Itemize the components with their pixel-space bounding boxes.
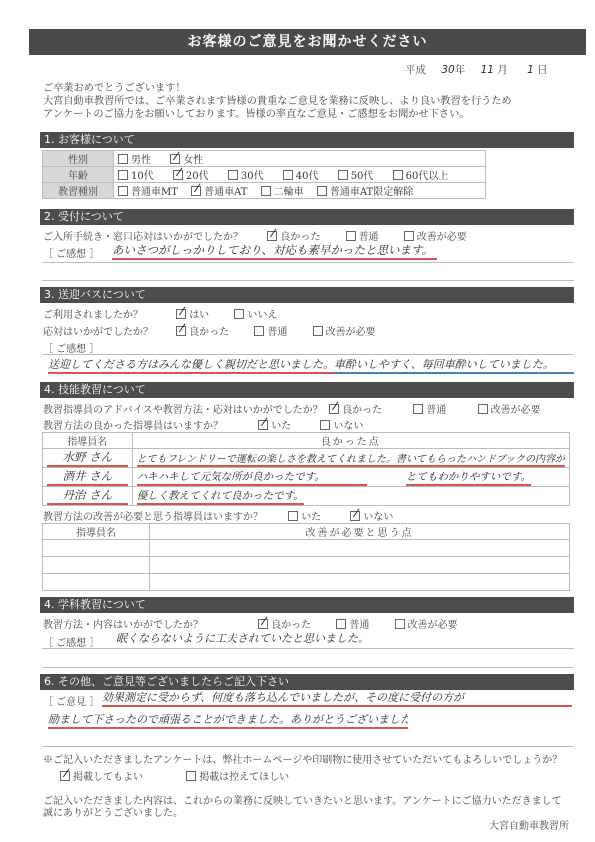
comment-rule bbox=[42, 262, 574, 263]
checkbox-checked-icon[interactable] bbox=[258, 420, 268, 430]
question-text: 教習方法の改善が必要と思う指導員はいますか？ bbox=[43, 508, 285, 523]
question-text: ご利用されましたか？ bbox=[43, 306, 173, 321]
date-month[interactable]: 11 bbox=[481, 64, 494, 76]
checkbox-icon[interactable] bbox=[338, 170, 348, 180]
course-motorcycle-option[interactable]: 二輪車 bbox=[261, 183, 304, 198]
column-header-instructor: 指導員名 bbox=[43, 524, 150, 540]
comment-rule bbox=[42, 280, 574, 281]
option-label: 改善が必要 bbox=[408, 620, 458, 631]
table-row: 水野 さん とてもフレンドリーで運転の楽しさを教えてくれました。書いてもらったハ… bbox=[43, 449, 570, 468]
table-row bbox=[43, 540, 570, 557]
improve-instructor-question: 教習方法の改善が必要と思う指導員はいますか？ いた いない bbox=[43, 508, 409, 523]
date-year[interactable]: 30 bbox=[441, 64, 454, 76]
table-row bbox=[43, 574, 570, 591]
reception-comment-label: ［ ご感想 ］ bbox=[43, 245, 99, 260]
gender-row: 性別 男性 女性 bbox=[43, 151, 486, 167]
option-label: 普通 bbox=[267, 327, 287, 338]
option-label: 男性 bbox=[131, 155, 151, 166]
option-label: 普通車MT bbox=[131, 187, 178, 198]
instructor-name-cell[interactable] bbox=[43, 540, 150, 557]
improve-point-cell[interactable] bbox=[150, 557, 570, 574]
question-text: 教習方法の良かった指導員はいますか？ bbox=[43, 417, 255, 432]
checkbox-icon[interactable] bbox=[228, 170, 238, 180]
date-era: 平成 bbox=[405, 62, 426, 77]
age-10s-option[interactable]: 10代 bbox=[118, 167, 154, 182]
consent-decline-option[interactable]: 掲載は控えてほしい bbox=[186, 768, 289, 783]
instructor-name-cell[interactable] bbox=[43, 574, 150, 591]
course-at-limit-removal-option[interactable]: 普通車AT限定解除 bbox=[317, 183, 413, 198]
improve-instructor-no-option[interactable]: いない bbox=[350, 508, 393, 523]
checkbox-icon[interactable] bbox=[317, 186, 327, 196]
checkbox-checked-icon[interactable] bbox=[350, 511, 360, 521]
checkbox-checked-icon[interactable] bbox=[267, 231, 277, 241]
good-point-text: とてもフレンドリーで運転の楽しさを教えてくれました。書いてもらったハンドブックの… bbox=[137, 450, 565, 467]
checkbox-icon[interactable] bbox=[288, 511, 298, 521]
option-label: はい bbox=[189, 310, 209, 321]
shuttle-comment-negative: 車酔いしやすく、毎回車酔いしていました。 bbox=[334, 356, 574, 374]
reception-good-option[interactable]: 良かった bbox=[267, 228, 320, 243]
option-label: 30代 bbox=[241, 171, 264, 182]
table-row bbox=[43, 557, 570, 574]
good-instructor-table: 指導員名 良かった点 水野 さん とてもフレンドリーで運転の楽しさを教えてくれま… bbox=[42, 432, 570, 506]
checkbox-icon[interactable] bbox=[313, 326, 323, 336]
shuttle-comment[interactable]: 送迎してくださる方はみんな優しく親切だと思いました。が、車酔いしやすく、毎回車酔… bbox=[48, 356, 578, 377]
shuttle-comment-label: ［ ご感想 ］ bbox=[43, 340, 99, 355]
closing-line: ご記入いただきました内容は、これからの業務に反映していきたいと思います。アンケー… bbox=[43, 796, 562, 808]
instructor-name-cell[interactable]: 酒井 さん bbox=[43, 468, 133, 487]
checkbox-icon[interactable] bbox=[413, 404, 423, 414]
age-20s-option[interactable]: 20代 bbox=[173, 167, 209, 182]
comment-rule bbox=[42, 354, 574, 355]
form-title: お客様のご意見をお聞かせください bbox=[29, 29, 586, 55]
checkbox-checked-icon[interactable] bbox=[258, 619, 268, 629]
course-type-row: 教習種別 普通車MT 普通車AT 二輪車 普通車AT限定解除 bbox=[43, 183, 486, 199]
section-other-opinions-header: 6. その他、ご意見等ございましたらご記入下さい bbox=[40, 674, 574, 690]
option-label: いた bbox=[271, 421, 291, 432]
table-header-row: 指導員名 良かった点 bbox=[43, 433, 570, 449]
reception-normal-option[interactable]: 普通 bbox=[346, 228, 379, 243]
option-label: 50代 bbox=[351, 171, 374, 182]
checkbox-icon[interactable] bbox=[283, 170, 293, 180]
table-header-row: 指導員名 改善が必要と思う点 bbox=[43, 524, 570, 540]
checkbox-icon[interactable] bbox=[336, 619, 346, 629]
checkbox-icon[interactable] bbox=[393, 170, 403, 180]
instructor-advice-question: 教習指導員のアドバイスや教習方法・応対はいかがでしたか？ 良かった 普通 改善が… bbox=[43, 401, 557, 416]
checkbox-icon[interactable] bbox=[254, 326, 264, 336]
option-label: 普通車AT bbox=[204, 187, 247, 198]
school-signature: 大宮自動車教習所 bbox=[489, 821, 569, 833]
good-instructor-yes-option[interactable]: いた bbox=[258, 417, 291, 432]
section-driving-lessons-header: 4. 技能教習について bbox=[40, 382, 574, 398]
instructor-name-cell[interactable]: 丹治 さん bbox=[43, 487, 133, 506]
date-line: 平成 30年 11 月 1 日 bbox=[405, 62, 548, 77]
date-day[interactable]: 1 bbox=[527, 64, 534, 76]
option-label: いない bbox=[333, 421, 363, 432]
shuttle-used-yes-option[interactable]: はい bbox=[176, 306, 209, 321]
intro-text: ご卒業おめでとうございます！ 大宮自動車教習所では、ご卒業されます皆様の貴重なご… bbox=[43, 82, 512, 121]
good-instructor-no-option[interactable]: いない bbox=[320, 417, 363, 432]
shuttle-used-question: ご利用されましたか？ はい いいえ bbox=[43, 306, 293, 321]
improve-point-cell[interactable] bbox=[150, 574, 570, 591]
option-label: 10代 bbox=[131, 171, 154, 182]
opinion-comment-line-2[interactable]: 励まして下さったので頑張ることができました。ありがとうございました。 bbox=[48, 711, 408, 729]
option-label: 二輪車 bbox=[274, 187, 304, 198]
good-point-cell[interactable]: ハキハキして元気な所が良かったです。 とてもわかりやすいです。 bbox=[132, 468, 569, 487]
option-label: 普通 bbox=[426, 405, 446, 416]
good-point-text: 優しく教えてくれて良かったです。 bbox=[137, 488, 304, 505]
checkbox-checked-icon[interactable] bbox=[329, 404, 339, 414]
shuttle-service-question: 応対はいかがでしたか？ 良かった 普通 改善が必要 bbox=[43, 323, 392, 338]
classroom-comment-label: ［ ご感想 ］ bbox=[43, 634, 99, 649]
intro-line: 大宮自動車教習所では、ご卒業されます皆様の貴重なご意見を業務に反映し、より良い教… bbox=[43, 95, 512, 108]
consent-allow-option[interactable]: 掲載してもよい bbox=[60, 768, 143, 783]
shuttle-improve-option[interactable]: 改善が必要 bbox=[313, 323, 376, 338]
consent-question: ※ご記入いただきましたアンケートは、弊社ホームページや印刷物に使用させていただい… bbox=[43, 755, 562, 767]
checkbox-checked-icon[interactable] bbox=[173, 170, 183, 180]
improve-point-cell[interactable] bbox=[150, 540, 570, 557]
good-point-continuation: とてもわかりやすいです。 bbox=[406, 469, 531, 486]
section-reception-header: 2. 受付について bbox=[40, 209, 574, 225]
shuttle-normal-option[interactable]: 普通 bbox=[254, 323, 287, 338]
column-header-good-points: 良かった点 bbox=[132, 433, 569, 449]
checkbox-icon[interactable] bbox=[395, 619, 405, 629]
shuttle-comment-positive: 送迎してくださる方はみんな優しく親切だと思いました。が、 bbox=[48, 356, 334, 374]
checkbox-icon[interactable] bbox=[118, 186, 128, 196]
section-shuttle-bus-header: 3. 送迎バスについて bbox=[40, 287, 574, 303]
checkbox-icon[interactable] bbox=[118, 154, 128, 164]
instructor-name: 水野 さん bbox=[47, 449, 128, 467]
question-text: 教習指導員のアドバイスや教習方法・応対はいかがでしたか？ bbox=[43, 401, 326, 416]
checkbox-icon[interactable] bbox=[261, 186, 271, 196]
table-row: 酒井 さん ハキハキして元気な所が良かったです。 とてもわかりやすいです。 bbox=[43, 468, 570, 487]
option-label: 良かった bbox=[342, 405, 382, 416]
age-40s-option[interactable]: 40代 bbox=[283, 167, 319, 182]
option-label: 20代 bbox=[186, 171, 209, 182]
course-mt-option[interactable]: 普通車MT bbox=[118, 183, 178, 198]
age-row: 年齢 10代 20代 30代 40代 50代 60代以上 bbox=[43, 167, 486, 183]
checkbox-checked-icon[interactable] bbox=[170, 154, 180, 164]
table-row: 丹治 さん 優しく教えてくれて良かったです。 bbox=[43, 487, 570, 506]
option-label: いない bbox=[363, 512, 393, 523]
instructor-name: 酒井 さん bbox=[47, 468, 128, 486]
date-month-unit: 月 bbox=[497, 62, 508, 77]
good-instructor-question: 教習方法の良かった指導員はいますか？ いた いない bbox=[43, 417, 379, 432]
intro-line: アンケートのご協力をお願いしております。皆様の率直なご意見・ご感想をお聞かせ下さ… bbox=[43, 108, 512, 121]
column-header-improve-points: 改善が必要と思う点 bbox=[150, 524, 570, 540]
checkbox-checked-icon[interactable] bbox=[176, 309, 186, 319]
age-label: 年齢 bbox=[43, 167, 114, 183]
instructor-improve-option[interactable]: 改善が必要 bbox=[478, 401, 541, 416]
checkbox-checked-icon[interactable] bbox=[191, 186, 201, 196]
classroom-comment[interactable]: 眠くならないように工夫されていたと思いました。 bbox=[116, 630, 369, 646]
date-year-unit: 年 bbox=[455, 62, 466, 77]
option-label: 40代 bbox=[296, 171, 319, 182]
gender-male-option[interactable]: 男性 bbox=[118, 151, 151, 166]
customer-info-table: 性別 男性 女性 年齢 10代 20代 30代 40代 50代 60代以上 教習… bbox=[42, 150, 486, 199]
comment-rule bbox=[42, 746, 574, 747]
instructor-good-option[interactable]: 良かった bbox=[329, 401, 382, 416]
checkbox-checked-icon[interactable] bbox=[176, 326, 186, 336]
checkbox-icon[interactable] bbox=[234, 309, 244, 319]
option-label: 改善が必要 bbox=[491, 405, 541, 416]
consent-options: 掲載してもよい 掲載は控えてほしい bbox=[60, 768, 305, 783]
shuttle-used-no-option[interactable]: いいえ bbox=[234, 306, 277, 321]
course-type-label: 教習種別 bbox=[43, 183, 114, 199]
checkbox-icon[interactable] bbox=[346, 231, 356, 241]
classroom-normal-option[interactable]: 普通 bbox=[336, 616, 369, 631]
column-header-instructor: 指導員名 bbox=[43, 433, 133, 449]
reception-question: ご入所手続き・窓口応対はいかがでしたか？ 良かった 普通 改善が必要 bbox=[43, 228, 483, 243]
checkbox-checked-icon[interactable] bbox=[60, 771, 70, 781]
good-point-text: ハキハキして元気な所が良かったです。 bbox=[137, 469, 367, 486]
option-label: いいえ bbox=[247, 310, 277, 321]
option-label: 掲載してもよい bbox=[73, 772, 143, 783]
instructor-name: 丹治 さん bbox=[47, 487, 128, 505]
section-classroom-header: 4. 学科教習について bbox=[40, 597, 574, 613]
checkbox-icon[interactable] bbox=[404, 231, 414, 241]
shuttle-good-option[interactable]: 良かった bbox=[176, 323, 229, 338]
option-label: いた bbox=[301, 512, 321, 523]
checkbox-icon[interactable] bbox=[186, 771, 196, 781]
classroom-question: 教習方法・内容はいかがでしたか？ 良かった 普通 改善が必要 bbox=[43, 616, 474, 631]
option-label: 掲載は控えてほしい bbox=[199, 772, 289, 783]
option-label: 良かった bbox=[189, 327, 229, 338]
closing-line: 誠にありがとうございました。 bbox=[43, 808, 562, 820]
reception-comment[interactable]: あいさつがしっかりしており、対応も素早かったと思います。 bbox=[112, 242, 437, 260]
good-point-cell[interactable]: とてもフレンドリーで運転の楽しさを教えてくれました。書いてもらったハンドブックの… bbox=[132, 449, 569, 468]
opinion-comment-line-1[interactable]: 効果測定に受からず、何度も落ち込んでいましたが、その度に受付の方が bbox=[102, 689, 572, 707]
option-label: 改善が必要 bbox=[326, 327, 376, 338]
option-label: 普通車AT限定解除 bbox=[330, 187, 413, 198]
opinion-comment-label: ［ ご意見 ］ bbox=[43, 693, 99, 708]
option-label: 60代以上 bbox=[406, 171, 449, 182]
improve-instructor-table: 指導員名 改善が必要と思う点 bbox=[42, 523, 570, 591]
gender-label: 性別 bbox=[43, 151, 114, 167]
comment-rule bbox=[42, 648, 574, 649]
closing-text: ご記入いただきました内容は、これからの業務に反映していきたいと思います。アンケー… bbox=[43, 796, 562, 820]
age-60s-plus-option[interactable]: 60代以上 bbox=[393, 167, 449, 182]
date-day-unit: 日 bbox=[537, 62, 548, 77]
instructor-name-cell[interactable] bbox=[43, 557, 150, 574]
gender-female-option[interactable]: 女性 bbox=[170, 151, 203, 166]
classroom-good-option[interactable]: 良かった bbox=[258, 616, 311, 631]
checkbox-icon[interactable] bbox=[320, 420, 330, 430]
intro-line: ご卒業おめでとうございます！ bbox=[43, 82, 512, 95]
checkbox-icon[interactable] bbox=[118, 170, 128, 180]
comment-rule bbox=[42, 667, 574, 668]
age-30s-option[interactable]: 30代 bbox=[228, 167, 264, 182]
improve-instructor-yes-option[interactable]: いた bbox=[288, 508, 321, 523]
instructor-normal-option[interactable]: 普通 bbox=[413, 401, 446, 416]
classroom-improve-option[interactable]: 改善が必要 bbox=[395, 616, 458, 631]
age-50s-option[interactable]: 50代 bbox=[338, 167, 374, 182]
option-label: 女性 bbox=[183, 155, 203, 166]
section-customer-header: 1. お客様について bbox=[40, 132, 574, 148]
course-at-option[interactable]: 普通車AT bbox=[191, 183, 247, 198]
question-text: 教習方法・内容はいかがでしたか？ bbox=[43, 616, 255, 631]
instructor-name-cell[interactable]: 水野 さん bbox=[43, 449, 133, 468]
reception-improve-option[interactable]: 改善が必要 bbox=[404, 228, 467, 243]
good-point-cell[interactable]: 優しく教えてくれて良かったです。 bbox=[132, 487, 569, 506]
question-text: 応対はいかがでしたか？ bbox=[43, 323, 173, 338]
checkbox-icon[interactable] bbox=[478, 404, 488, 414]
